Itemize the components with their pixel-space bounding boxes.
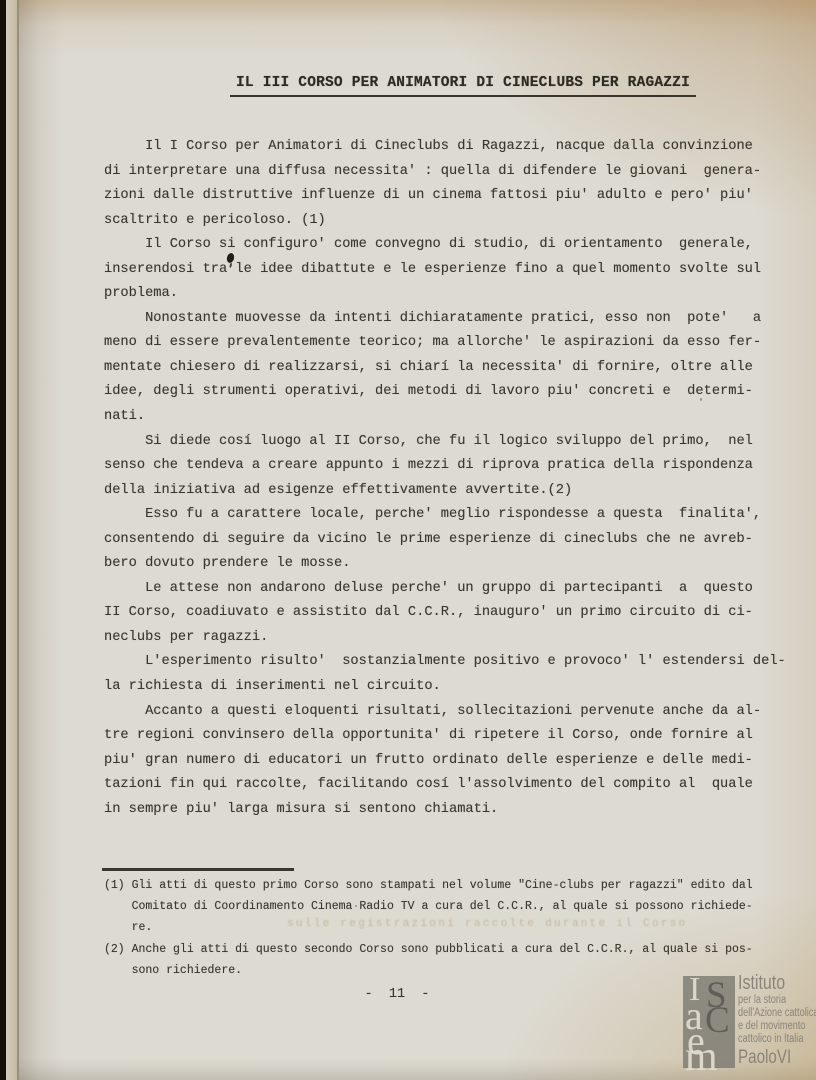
isacem-watermark-logo: I S a C e m Istituto per la storia dell'… <box>683 976 816 1072</box>
watermark-text-line: Istituto <box>738 972 800 994</box>
paragraph: Esso fu a carattere locale, perche' megl… <box>104 503 804 577</box>
paragraph: L'esperimento risulto' sostanzialmente p… <box>104 650 804 699</box>
scanned-page: IL III CORSO PER ANIMATORI DI CINECLUBS … <box>0 0 816 1080</box>
watermark-text-line: dell'Azione cattolica <box>738 1007 800 1020</box>
paragraph: Accanto a questi eloquenti risultati, so… <box>104 700 804 823</box>
watermark-text: Istituto per la storia dell'Azione catto… <box>738 972 800 1069</box>
paragraph: Le attese non andarono deluse perche' un… <box>104 577 804 651</box>
watermark-text-line: cattolico in Italia <box>738 1033 800 1046</box>
monogram-letter: m <box>685 1036 718 1078</box>
scan-gutter-shadow <box>19 0 63 1080</box>
document-body: Il I Corso per Animatori di Cineclubs di… <box>104 135 804 822</box>
isacem-monogram-block: I S a C e m <box>683 976 735 1068</box>
footnote-separator-rule <box>102 868 294 871</box>
bleed-through-ghost-text: sulle registrazioni raccolte durante il … <box>287 918 688 930</box>
watermark-text-line: e del movimento <box>738 1020 800 1033</box>
scan-underlying-page-edge <box>6 0 19 1080</box>
paragraph: Il Corso si configuro' come convegno di … <box>104 233 804 307</box>
paragraph: Si diede cosí luogo al II Corso, che fu … <box>104 430 804 504</box>
watermark-text-line: per la storia <box>738 994 800 1007</box>
watermark-text-line: PaoloVI <box>738 1047 800 1069</box>
paragraph: Il I Corso per Animatori di Cineclubs di… <box>104 135 804 233</box>
page-title: IL III CORSO PER ANIMATORI DI CINECLUBS … <box>230 75 696 97</box>
paragraph: Nonostante muovesse da intenti dichiarat… <box>104 307 804 430</box>
